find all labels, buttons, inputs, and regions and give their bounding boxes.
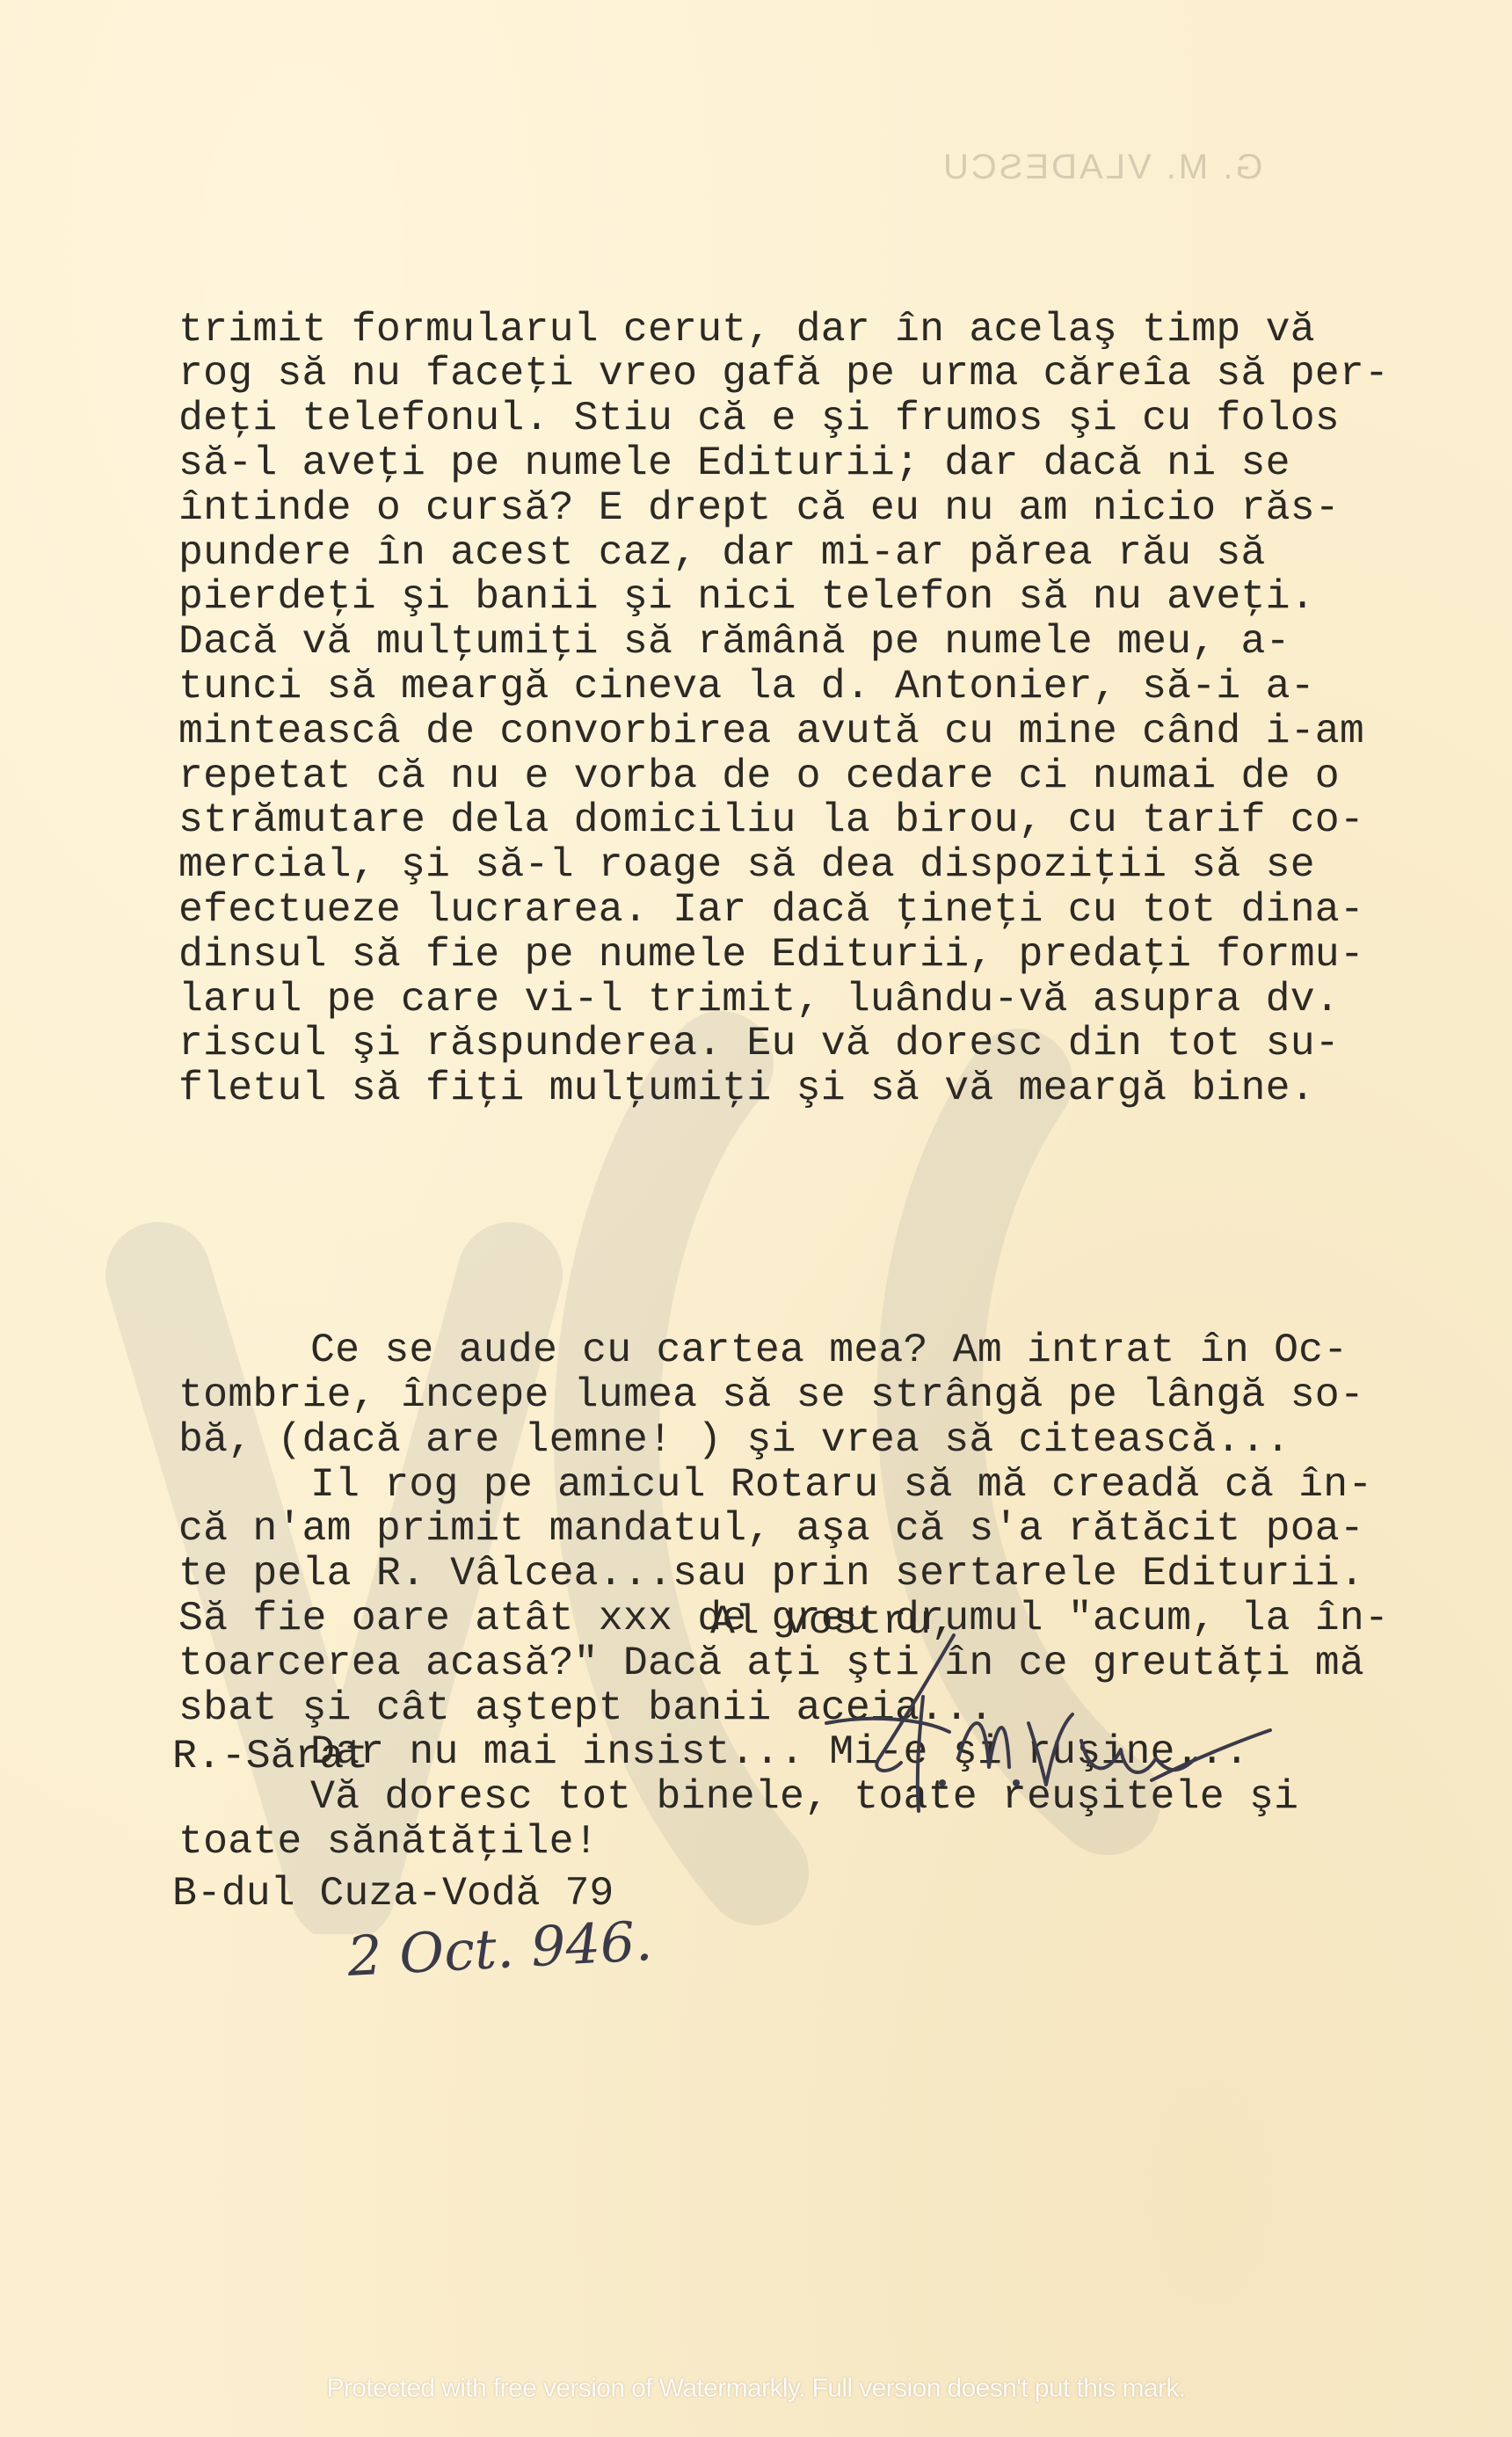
text-line: Il rog pe amicul Rotaru să mă creadă că … (178, 1463, 1512, 1508)
text-line: că n'am primit mandatul, aşa că s'a rătă… (178, 1507, 1512, 1552)
text-line: tombrie, începe lumea să se strângă pe l… (178, 1373, 1512, 1418)
text-line: repetat că nu e vorba de o cedare ci num… (178, 754, 1512, 799)
text-line: deţi telefonul. Stiu că e şi frumos şi c… (178, 396, 1512, 441)
text-line: Dacă vă mulţumiţi să rămână pe numele me… (178, 620, 1512, 665)
text-line: efectueze lucrarea. Iar dacă ţineţi cu t… (178, 888, 1512, 933)
text-line: trimit formularul cerut, dar în acelaş t… (178, 308, 1512, 353)
letterhead-show-through: G. M. VLADESCU (941, 148, 1263, 187)
text-line: dinsul să fie pe numele Editurii, predaţ… (178, 933, 1512, 978)
text-line: pierdeţi şi banii şi nici telefon să nu … (178, 575, 1512, 620)
handwritten-signature (818, 1609, 1275, 1837)
text-line: tunci să meargă cineva la d. Antonier, s… (178, 665, 1512, 709)
text-line: fletul să fiţi mulţumiţi şi să vă meargă… (178, 1066, 1512, 1111)
watermark-notice: Protected with free version of Watermark… (0, 2374, 1512, 2404)
text-line: riscul şi răspunderea. Eu vă doresc din … (178, 1022, 1512, 1066)
text-line: bă, (dacă are lemne! ) şi vrea să citeas… (178, 1418, 1512, 1463)
address-line-street: B-dul Cuza-Vodă 79 (172, 1871, 614, 1917)
text-line: strămutare dela domiciliu la birou, cu t… (178, 798, 1512, 843)
address-line-city: R.-Sărat (172, 1734, 614, 1779)
text-line: rog să nu faceţi vreo gafă pe urma căreî… (178, 352, 1512, 396)
text-line: mercial, şi să-l roage să dea dispoziţii… (178, 843, 1512, 888)
text-line: minteascâ de convorbirea avută cu mine c… (178, 709, 1512, 754)
text-line: întinde o cursă? E drept că eu nu am nic… (178, 486, 1512, 531)
text-line: pundere în acest caz, dar mi-ar părea ră… (178, 531, 1512, 576)
paragraph-1: trimit formularul cerut, dar în acelaş t… (178, 308, 1512, 1111)
text-line: te pela R. Vâlcea...sau prin sertarele E… (178, 1552, 1512, 1597)
text-line: să-l aveţi pe numele Editurii; dar dacă … (178, 441, 1512, 486)
text-line: larul pe care vi-l trimit, luându-vă asu… (178, 978, 1512, 1022)
text-line: Ce se aude cu cartea mea? Am intrat în O… (178, 1328, 1512, 1373)
